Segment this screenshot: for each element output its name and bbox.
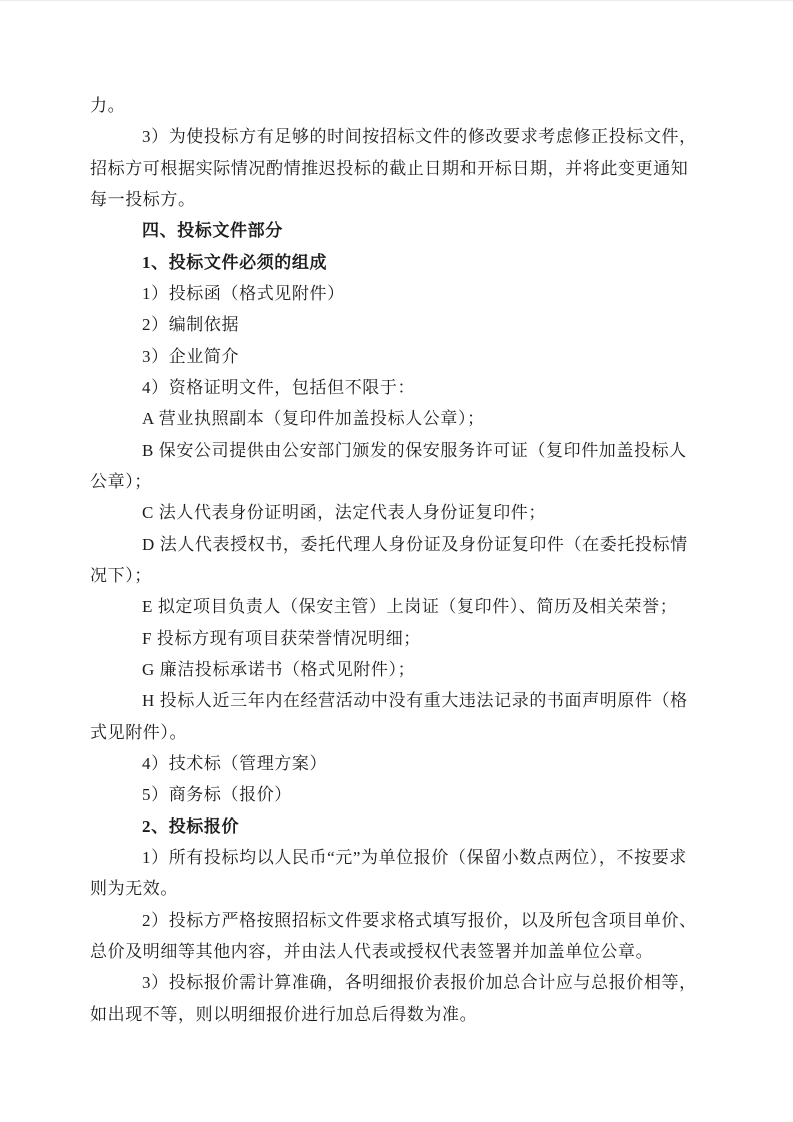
paragraph: 2）投标方严格按照招标文件要求格式填写报价，以及所包含项目单价、总价及明细等其他… <box>90 905 698 968</box>
paragraph: B 保安公司提供由公安部门颁发的保安服务许可证（复印件加盖投标人公章）； <box>90 435 698 498</box>
paragraph: F 投标方现有项目获荣誉情况明细； <box>90 623 698 654</box>
paragraph: G 廉洁投标承诺书（格式见附件）； <box>90 654 698 685</box>
document-page: 力。3）为使投标方有足够的时间按招标文件的修改要求考虑修正投标文件，招标方可根据… <box>0 0 793 1122</box>
section-heading: 四、投标文件部分 <box>90 215 698 246</box>
paragraph: E 拟定项目负责人（保安主管）上岗证（复印件）、简历及相关荣誉； <box>90 591 698 622</box>
paragraph: 2）编制依据 <box>90 309 698 340</box>
paragraph: 4）技术标（管理方案） <box>90 748 698 779</box>
paragraph: 1）所有投标均以人民币“元”为单位报价（保留小数点两位），不按要求则为无效。 <box>90 842 698 905</box>
paragraph: 力。 <box>90 90 698 121</box>
paragraph: 3）投标报价需计算准确，各明细报价表报价加总合计应与总报价相等，如出现不等，则以… <box>90 967 698 1030</box>
document-body: 力。3）为使投标方有足够的时间按招标文件的修改要求考虑修正投标文件，招标方可根据… <box>90 90 698 1030</box>
paragraph: D 法人代表授权书，委托代理人身份证及身份证复印件（在委托投标情况下）； <box>90 529 698 592</box>
paragraph: 5）商务标（报价） <box>90 779 698 810</box>
paragraph: 3）为使投标方有足够的时间按招标文件的修改要求考虑修正投标文件，招标方可根据实际… <box>90 121 698 215</box>
paragraph: 1）投标函（格式见附件） <box>90 278 698 309</box>
paragraph: 3）企业简介 <box>90 341 698 372</box>
paragraph: 4）资格证明文件，包括但不限于： <box>90 372 698 403</box>
paragraph: A 营业执照副本（复印件加盖投标人公章）； <box>90 403 698 434</box>
section-heading: 2、投标报价 <box>90 811 698 842</box>
paragraph: H 投标人近三年内在经营活动中没有重大违法记录的书面声明原件（格式见附件）。 <box>90 685 698 748</box>
paragraph: C 法人代表身份证明函，法定代表人身份证复印件； <box>90 497 698 528</box>
section-heading: 1、投标文件必须的组成 <box>90 247 698 278</box>
